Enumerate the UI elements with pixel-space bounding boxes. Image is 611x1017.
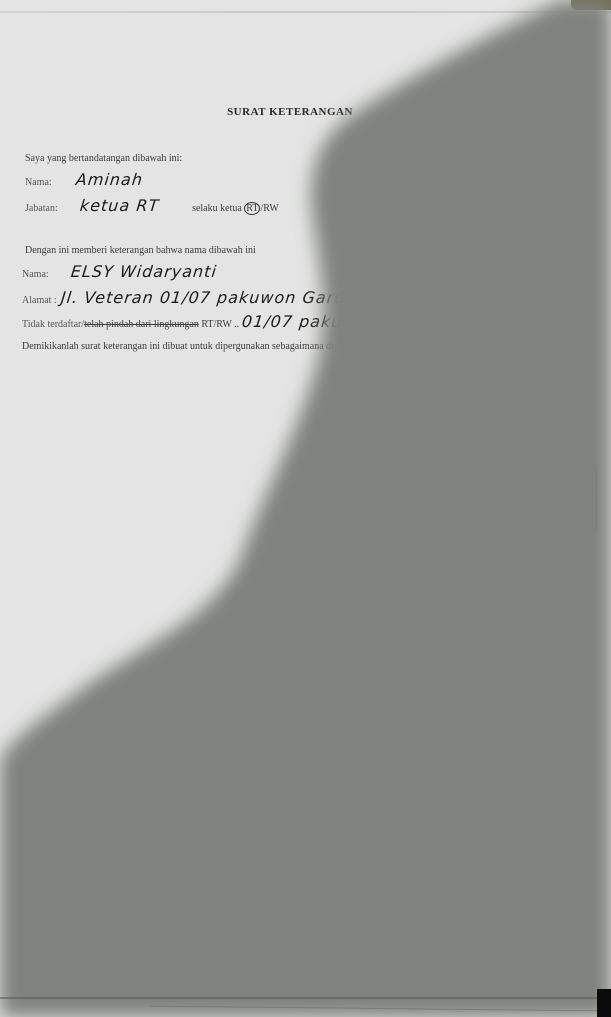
- statement-text: Dengan ini memberi keterangan bahwa nama…: [25, 245, 256, 256]
- date-row: Garut , 08 / 20 / 2025: [428, 424, 575, 442]
- subject-name-label: Nama:: [22, 269, 49, 280]
- signature-name-row: ( Aminah ): [440, 528, 563, 543]
- subject-name-value: ELSY Widaryanti: [70, 262, 218, 281]
- status-value: 01/07 pakuwon: [241, 312, 380, 331]
- date-month: 20: [507, 424, 529, 442]
- status-prefix: Tidak terdaftar/: [22, 319, 84, 330]
- signer-name-value: Aminah: [75, 170, 144, 189]
- date-day: 08: [479, 424, 501, 442]
- signer-name-row: Nama: Aminah: [25, 170, 143, 189]
- role-rw: RW: [263, 203, 279, 214]
- subject-address-row: Alamat : Jl. Veteran 01/07 pakuwon Garut…: [22, 288, 359, 307]
- subject-address-value: Jl. Veteran 01/07 pakuwon Garut,: [60, 288, 360, 307]
- background-corner: [571, 0, 611, 10]
- signer-name-label: Nama:: [25, 177, 52, 188]
- paper-fold-line: [0, 11, 611, 13]
- role-prefix: selaku ketua: [192, 203, 244, 214]
- role-rt-circled: RT: [244, 202, 260, 215]
- signature-scribble-icon: [455, 478, 545, 558]
- document-page: SURAT KETERANGAN Saya yang bertandatanga…: [0, 0, 611, 1017]
- closing-text: Demikikanlah surat keterangan ini dibuat…: [22, 341, 371, 352]
- signer-position-value: ketua RT: [79, 196, 160, 215]
- signer-position-row: Jabatan: ketua RT selaku ketua RT/RW: [25, 196, 279, 215]
- signature-name: Aminah: [466, 528, 523, 543]
- signer-position-label: Jabatan:: [25, 203, 58, 214]
- status-struck-text: telah pindah dari lingkungan: [84, 319, 199, 330]
- date-city: Garut: [427, 424, 473, 442]
- document-title: SURAT KETERANGAN: [0, 106, 580, 118]
- paper-bottom-edge: [0, 997, 611, 999]
- subject-status-row: Tidak terdaftar/telah pindah dari lingku…: [22, 312, 378, 331]
- intro-text: Saya yang bertandatangan dibawah ini:: [25, 153, 182, 164]
- background-dark-corner: [597, 989, 611, 1017]
- close-paren: ): [553, 531, 563, 542]
- status-suffix: RT/RW ..: [199, 319, 239, 330]
- open-paren: (: [440, 531, 450, 542]
- paper-bottom-edge-2: [150, 1006, 610, 1012]
- subject-name-row: Nama: ELSY Widaryanti: [22, 262, 217, 281]
- subject-address-label: Alamat :: [22, 295, 57, 306]
- date-year: 2025: [534, 424, 576, 442]
